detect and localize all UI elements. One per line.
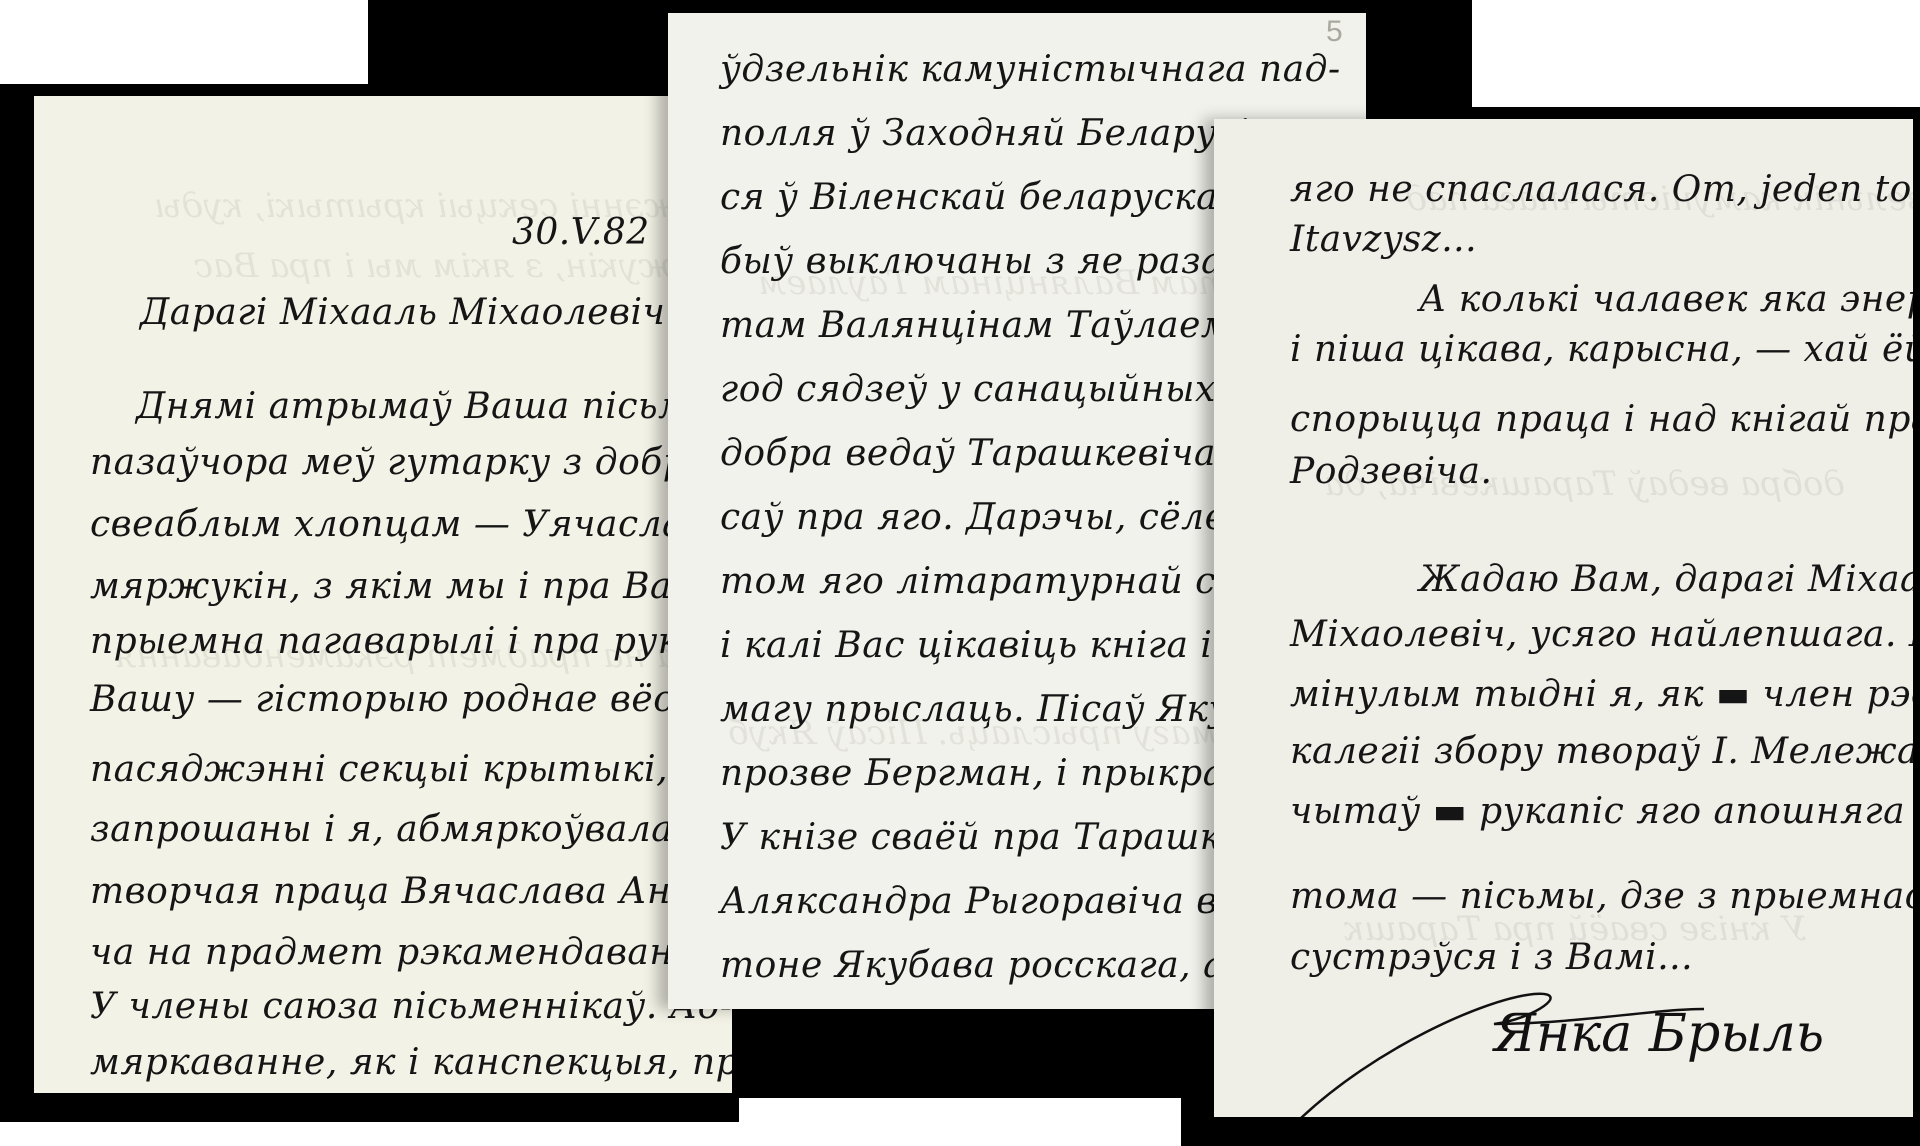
letter-line: тоне Якубава росскага, ал	[720, 944, 1248, 988]
letter-line: том яго літаратурнай с	[720, 560, 1216, 604]
letter-line: пасяджэнні секцыі крытыкі, куды	[90, 748, 732, 792]
white-strip-bottom	[739, 1098, 1181, 1146]
letter-line: Аляксандра Рыгоравіча вака	[720, 880, 1284, 924]
letter-line: У кнізе сваёй пра Тарашк	[720, 816, 1222, 860]
letter-page-3: ўдзельнік камуністычнага пад- добра веда…	[1214, 119, 1913, 1117]
letter-line: быў выключаны з яе разам	[720, 240, 1253, 284]
letter-line: свеаблым хлопцам — Уячаславам Ч	[90, 503, 732, 547]
bleed-through-text: мяржукін, з якім мы і пра Вас	[194, 246, 732, 286]
letter-line: ўдзельнік камуністычнага пад-	[720, 48, 1341, 92]
page-number: 5	[1326, 15, 1343, 49]
letter-line: саў пра яго. Дарэчы, сёлета	[720, 496, 1283, 540]
letter-line: Днямі атрымаў Ваша пісьмо, а	[136, 385, 732, 429]
signature: Янка Брыль	[1494, 1004, 1824, 1064]
letter-line: магу прыслаць. Пісаў Якуб	[720, 688, 1252, 732]
letter-line: творчая праца Вячаслава Антон	[90, 870, 732, 914]
letter-line: прозве Бергман, і прыкра б	[720, 752, 1259, 796]
letter-line: год сядзеў у санацыйных а	[720, 368, 1250, 412]
letter-line: добра ведаў Тарашкевіча, да	[720, 432, 1285, 476]
white-corner-bottom-right	[1181, 1117, 1920, 1146]
letter-line: прыемна пагаварылі і пра рука	[90, 620, 702, 664]
letter-line: мяржукін, з якім мы і пра Вас	[90, 565, 693, 609]
letter-line: У члены саюза пісьменнікаў. Аб-	[90, 985, 732, 1029]
letter-line: ча на прадмет рэкамендавання	[90, 931, 722, 975]
letter-line: там Валянцінам Таўлаем	[720, 304, 1231, 348]
letter-line: ся ў Віленскай беларускай	[720, 176, 1242, 220]
signature-flourish-icon	[1214, 119, 1913, 1117]
letter-line: пазаўчора меў гутарку з добрым	[90, 441, 732, 485]
white-corner-top-right	[1472, 0, 1920, 107]
letter-line: мяркаванне, як і канспекцыя, прайшло	[90, 1041, 732, 1085]
letter-line: запрошаны і я, абмяркоўвалася	[90, 808, 718, 852]
letter-line: Вашу — гісторыю роднае вёскі. Н	[90, 678, 732, 722]
letter-line: і калі Вас цікавіць кніга і	[720, 624, 1212, 668]
letter-greeting: Дарагі Міхааль Міхаолевіч!	[140, 291, 680, 335]
letter-page-1: пасяджэнні секцыі крытыкі, куды мяржукін…	[34, 96, 732, 1093]
letter-line: полля ў Заходняй Беларусі.	[720, 112, 1261, 156]
letter-date: 30.V.82	[512, 211, 650, 255]
